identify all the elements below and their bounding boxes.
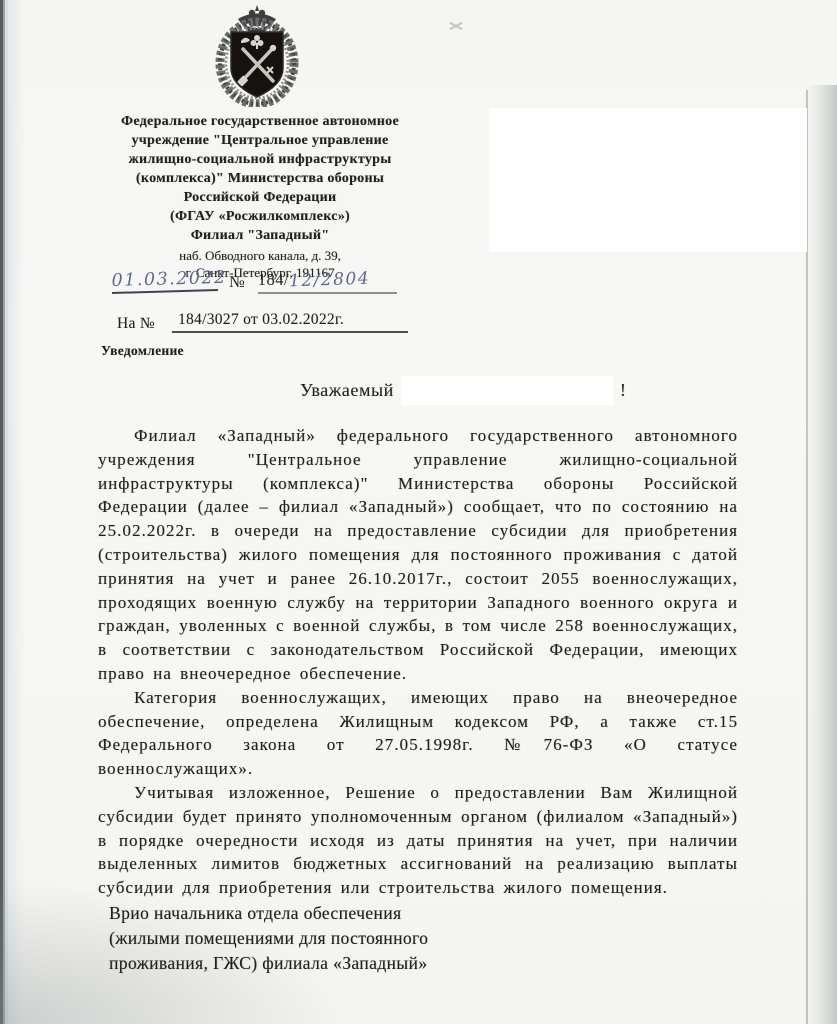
- body-paragraph: Учитывая изложенное, Решение о предостав…: [98, 781, 738, 900]
- outgoing-number-printed: 184/: [258, 270, 289, 289]
- scan-edge-right: [807, 85, 837, 1024]
- redaction-box-addressee-name: [401, 376, 613, 405]
- reply-reference-row: На № 184/3027 от 03.02.2022г.: [117, 311, 408, 333]
- signer-title-line: Врио начальника отдела обеспечения: [109, 901, 529, 926]
- redaction-box-letterhead: [489, 108, 807, 252]
- org-name-line: Федеральное государственное автономное: [88, 112, 432, 131]
- org-name-line: жилищно-социальной инфраструктуры: [88, 150, 432, 169]
- signer-title-line: (жилыми помещениями для постоянного: [109, 926, 529, 951]
- signature-block: Врио начальника отдела обеспечения (жилы…: [109, 901, 529, 976]
- outgoing-date-handwritten: 01.03.2022: [111, 268, 218, 294]
- outgoing-number-handwritten: 12/2804: [289, 269, 371, 292]
- reply-label: На №: [117, 315, 155, 333]
- number-sign: №: [229, 272, 245, 294]
- body-paragraph: Филиал «Западный» федерального государст…: [98, 424, 738, 686]
- outgoing-reference-row: 01.03.2022 № 184/12/2804: [112, 264, 397, 294]
- outgoing-number-field: 184/12/2804: [258, 270, 397, 294]
- doc-type-label: Уведомление: [101, 343, 184, 359]
- scan-smudge-mark: [449, 20, 463, 32]
- signer-title-line: проживания, ГЖС) филиала «Западный»: [109, 951, 529, 976]
- letter-body: Филиал «Западный» федерального государст…: [98, 424, 738, 900]
- scan-edge-left: [0, 0, 8, 1024]
- salutation-punctuation: !: [620, 380, 627, 401]
- org-name-line: учреждение "Центральное управление: [88, 131, 432, 150]
- branch-name-line: Филиал "Западный": [88, 226, 432, 245]
- letterhead: Федеральное государственное автономное у…: [88, 112, 432, 281]
- body-paragraph: Категория военнослужащих, имеющих право …: [98, 686, 738, 781]
- scanned-letter-page: Федеральное государственное автономное у…: [0, 0, 837, 1024]
- org-name-line: Российской Федерации: [88, 188, 432, 207]
- org-abbreviation-line: (ФГАУ «Росжилкомплекс»): [88, 207, 432, 226]
- org-name-line: (комплекса)" Министерства обороны: [88, 169, 432, 188]
- salutation-prefix: Уважаемый: [300, 380, 394, 401]
- ministry-of-defense-emblem-icon: [215, 5, 299, 107]
- salutation: Уважаемый !: [300, 376, 627, 405]
- reply-reference-value: 184/3027 от 03.02.2022г.: [172, 311, 408, 333]
- scan-edge-left-band: [8, 0, 24, 1024]
- org-address-line: наб. Обводного канала, д. 39,: [88, 248, 432, 265]
